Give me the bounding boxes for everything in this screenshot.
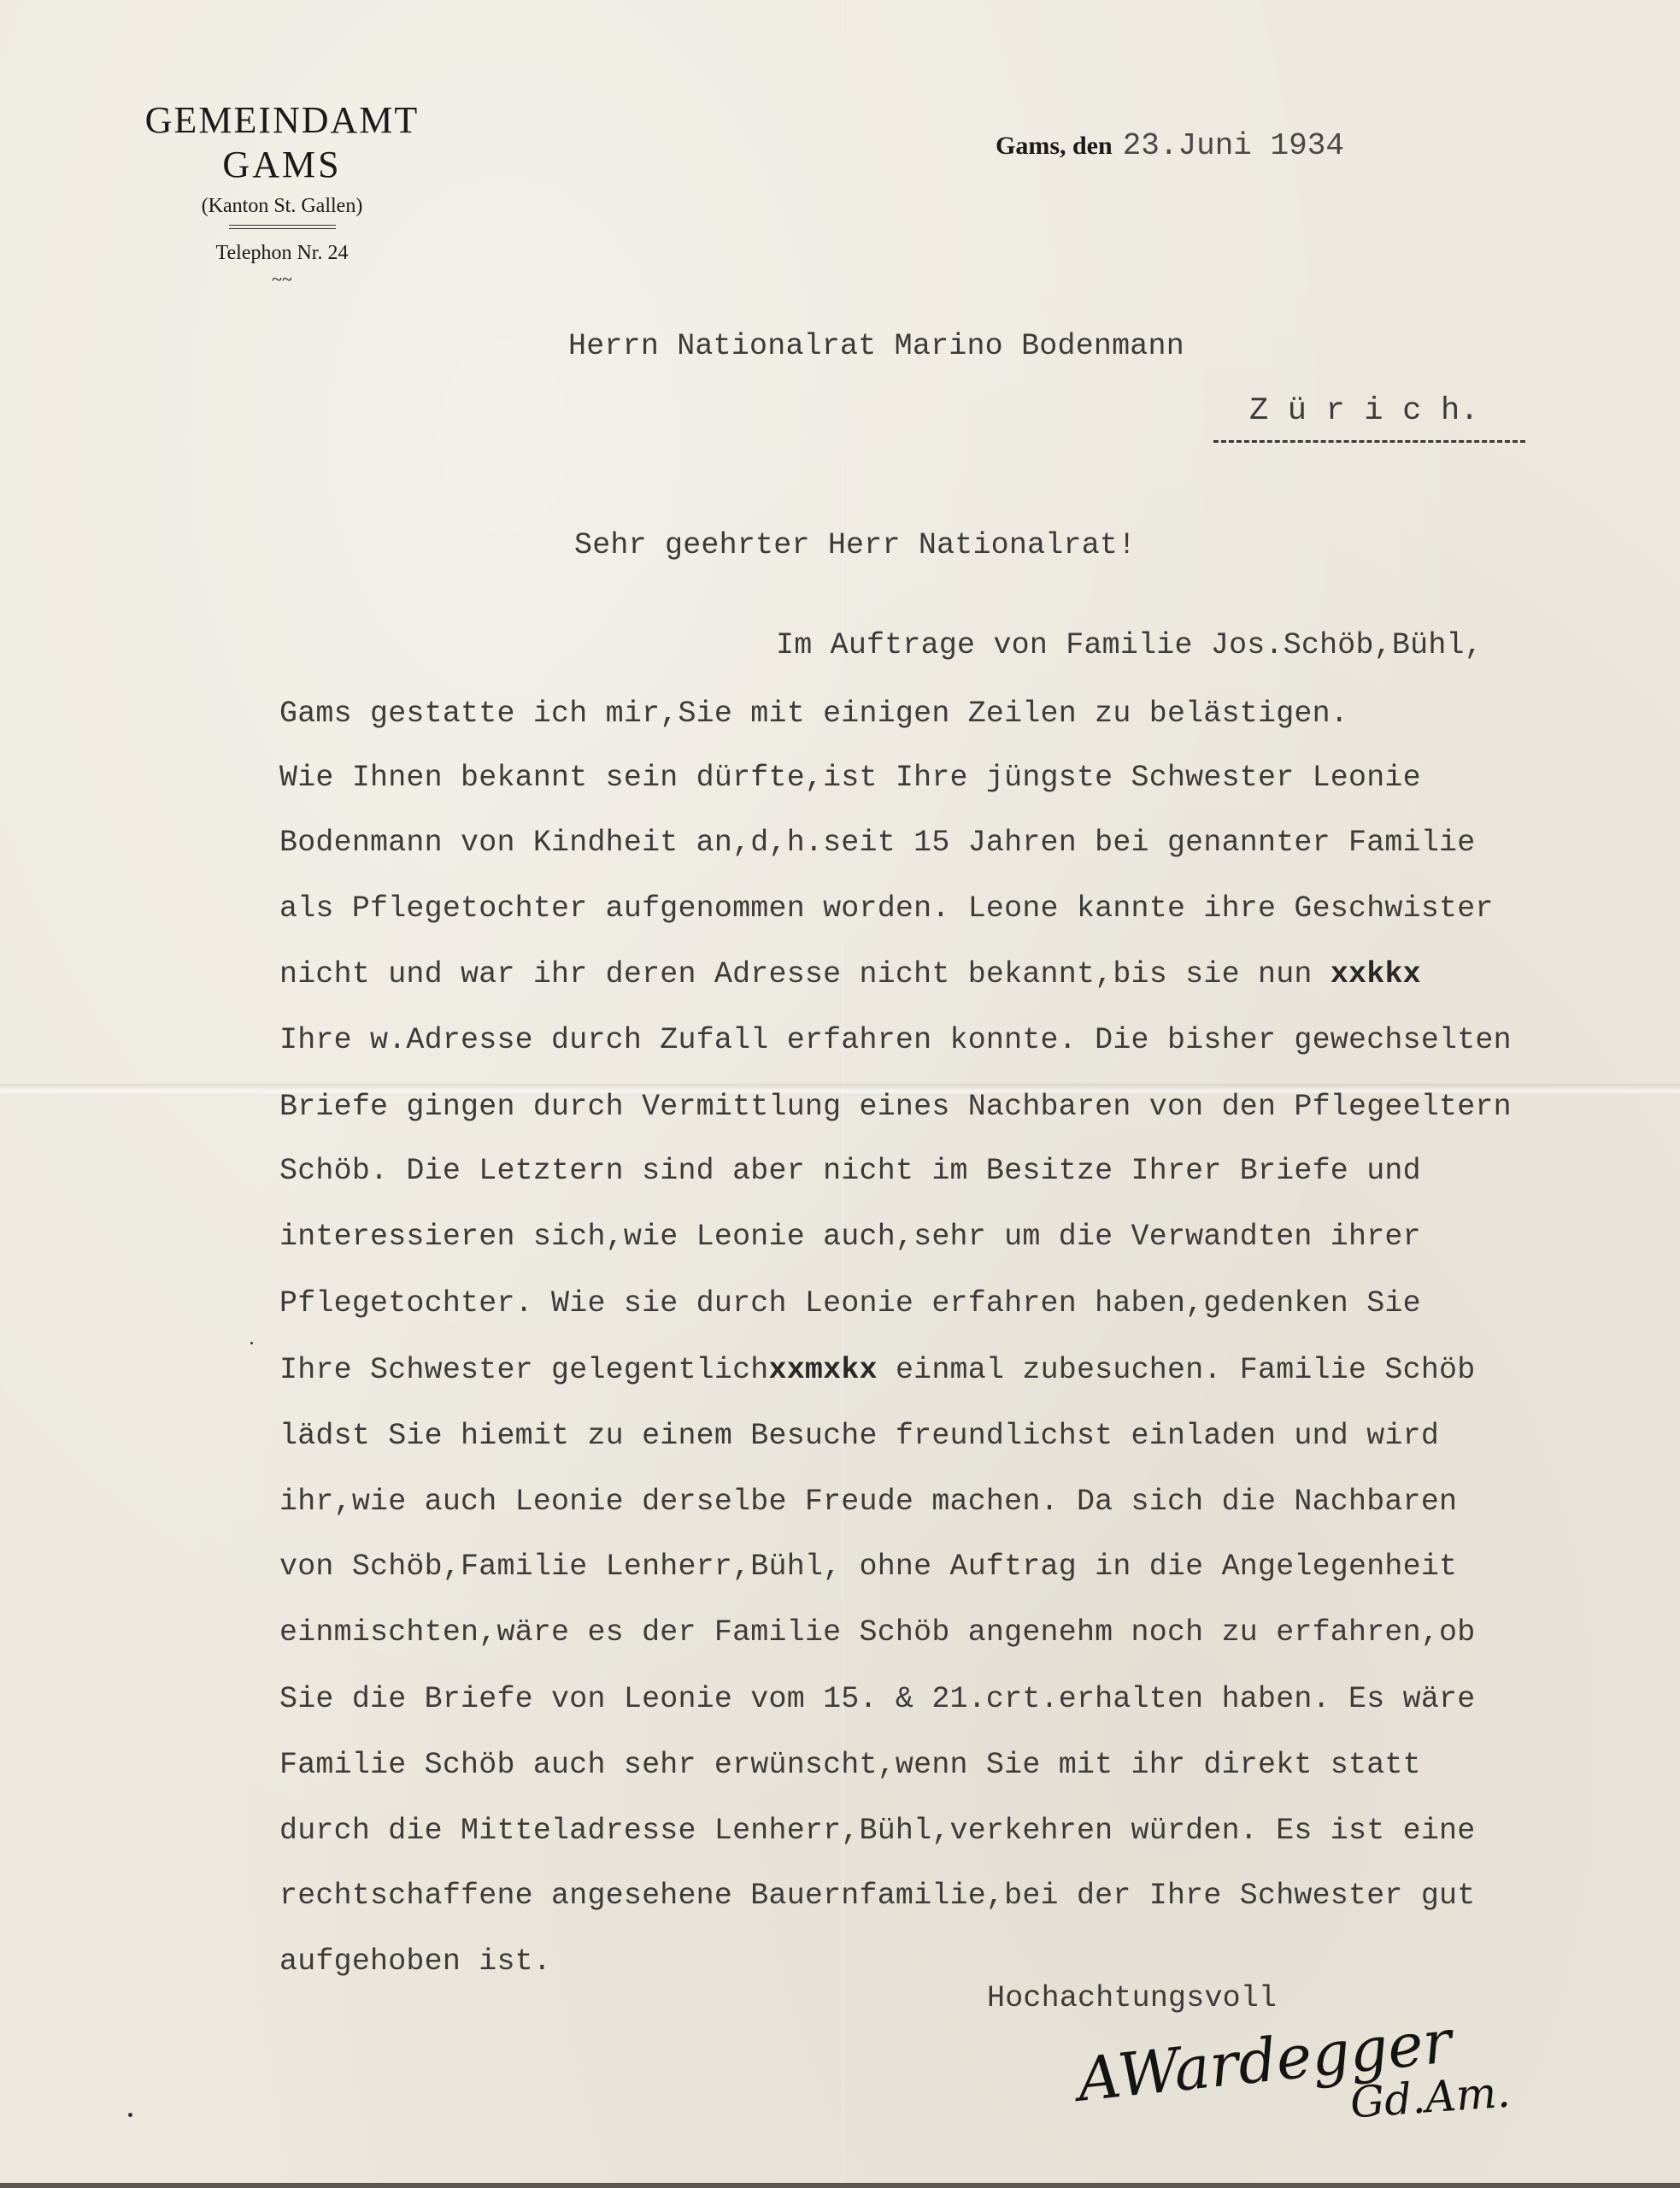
letterhead-double-rule — [229, 225, 336, 229]
strikeout-text: xxmxkx — [769, 1353, 878, 1387]
page-bottom-edge — [0, 2183, 1680, 2188]
body-line-8: Briefe gingen durch Vermittlung eines Na… — [279, 1090, 1512, 1124]
body-line-6: nicht und war ihr deren Adresse nicht be… — [279, 957, 1421, 991]
signature: AWardegger Gd.Am. — [1077, 2026, 1589, 2162]
recipient-name: Herrn Nationalrat Marino Bodenmann — [568, 329, 1184, 363]
letter-page: GEMEINDAMT GAMS (Kanton St. Gallen) Tele… — [0, 0, 1680, 2188]
body-line-2: Gams gestatte ich mir,Sie mit einigen Ze… — [279, 697, 1348, 731]
signature-title: Gd.Am. — [1348, 2067, 1512, 2128]
date-value: 23.Juni 1934 — [1123, 128, 1344, 163]
recipient-city: Z ü r i c h. — [1249, 393, 1479, 429]
body-line-1: Im Auftrage von Familie Jos.Schöb,Bühl, — [776, 628, 1483, 662]
body-line-20: rechtschaffene angesehene Bauernfamilie,… — [279, 1879, 1475, 1913]
closing: Hochachtungsvoll — [987, 1981, 1277, 2015]
ornament-icon: ~~ — [94, 270, 470, 289]
dateline: Gams, den 23.Juni 1934 — [996, 128, 1344, 163]
body-line-18: Familie Schöb auch sehr erwünscht,wenn S… — [279, 1748, 1421, 1782]
body-line-3: Wie Ihnen bekannt sein dürfte,ist Ihre j… — [279, 761, 1421, 795]
body-line-5: als Pflegetochter aufgenommen worden. Le… — [279, 891, 1494, 926]
body-line-12-rest: einmal zubesuchen. Familie Schöb — [878, 1353, 1476, 1387]
letterhead: GEMEINDAMT GAMS (Kanton St. Gallen) Tele… — [94, 98, 470, 289]
body-line-13: lädst Sie hiemit zu einem Besuche freund… — [279, 1419, 1439, 1453]
body-line-9: Schöb. Die Letztern sind aber nicht im B… — [279, 1154, 1421, 1188]
body-line-12: Ihre Schwester gelegentlichxxmxkx einmal… — [279, 1353, 1475, 1387]
body-line-4: Bodenmann von Kindheit an,d,h.seit 15 Ja… — [279, 826, 1475, 860]
ink-speck — [128, 2113, 132, 2117]
letterhead-title: GEMEINDAMT — [94, 98, 470, 143]
body-line-11: Pflegetochter. Wie sie durch Leonie erfa… — [279, 1286, 1421, 1320]
date-place: Gams, den — [996, 132, 1113, 160]
body-line-14: ihr,wie auch Leonie derselbe Freude mach… — [279, 1485, 1457, 1519]
body-line-12-text: Ihre Schwester gelegentlich — [279, 1353, 769, 1387]
body-line-7: Ihre w.Adresse durch Zufall erfahren kon… — [279, 1023, 1512, 1057]
ink-speck — [250, 1342, 253, 1344]
strikeout-text: xxkkx — [1330, 957, 1421, 991]
city-underline — [1213, 440, 1525, 443]
body-line-6-text: nicht und war ihr deren Adresse nicht be… — [279, 957, 1313, 991]
letterhead-city: GAMS — [94, 143, 470, 187]
body-line-16: einmischten,wäre es der Familie Schöb an… — [279, 1615, 1475, 1650]
body-line-10: interessieren sich,wie Leonie auch,sehr … — [279, 1220, 1421, 1254]
letterhead-canton: (Kanton St. Gallen) — [94, 192, 470, 220]
letterhead-phone: Telephon Nr. 24 — [94, 239, 470, 267]
body-line-21: aufgehoben ist. — [279, 1944, 551, 1979]
body-line-19: durch die Mitteladresse Lenherr,Bühl,ver… — [279, 1814, 1475, 1848]
body-line-15: von Schöb,Familie Lenherr,Bühl, ohne Auf… — [279, 1550, 1457, 1584]
salutation: Sehr geehrter Herr Nationalrat! — [574, 528, 1136, 562]
body-line-17: Sie die Briefe von Leonie vom 15. & 21.c… — [279, 1682, 1475, 1716]
